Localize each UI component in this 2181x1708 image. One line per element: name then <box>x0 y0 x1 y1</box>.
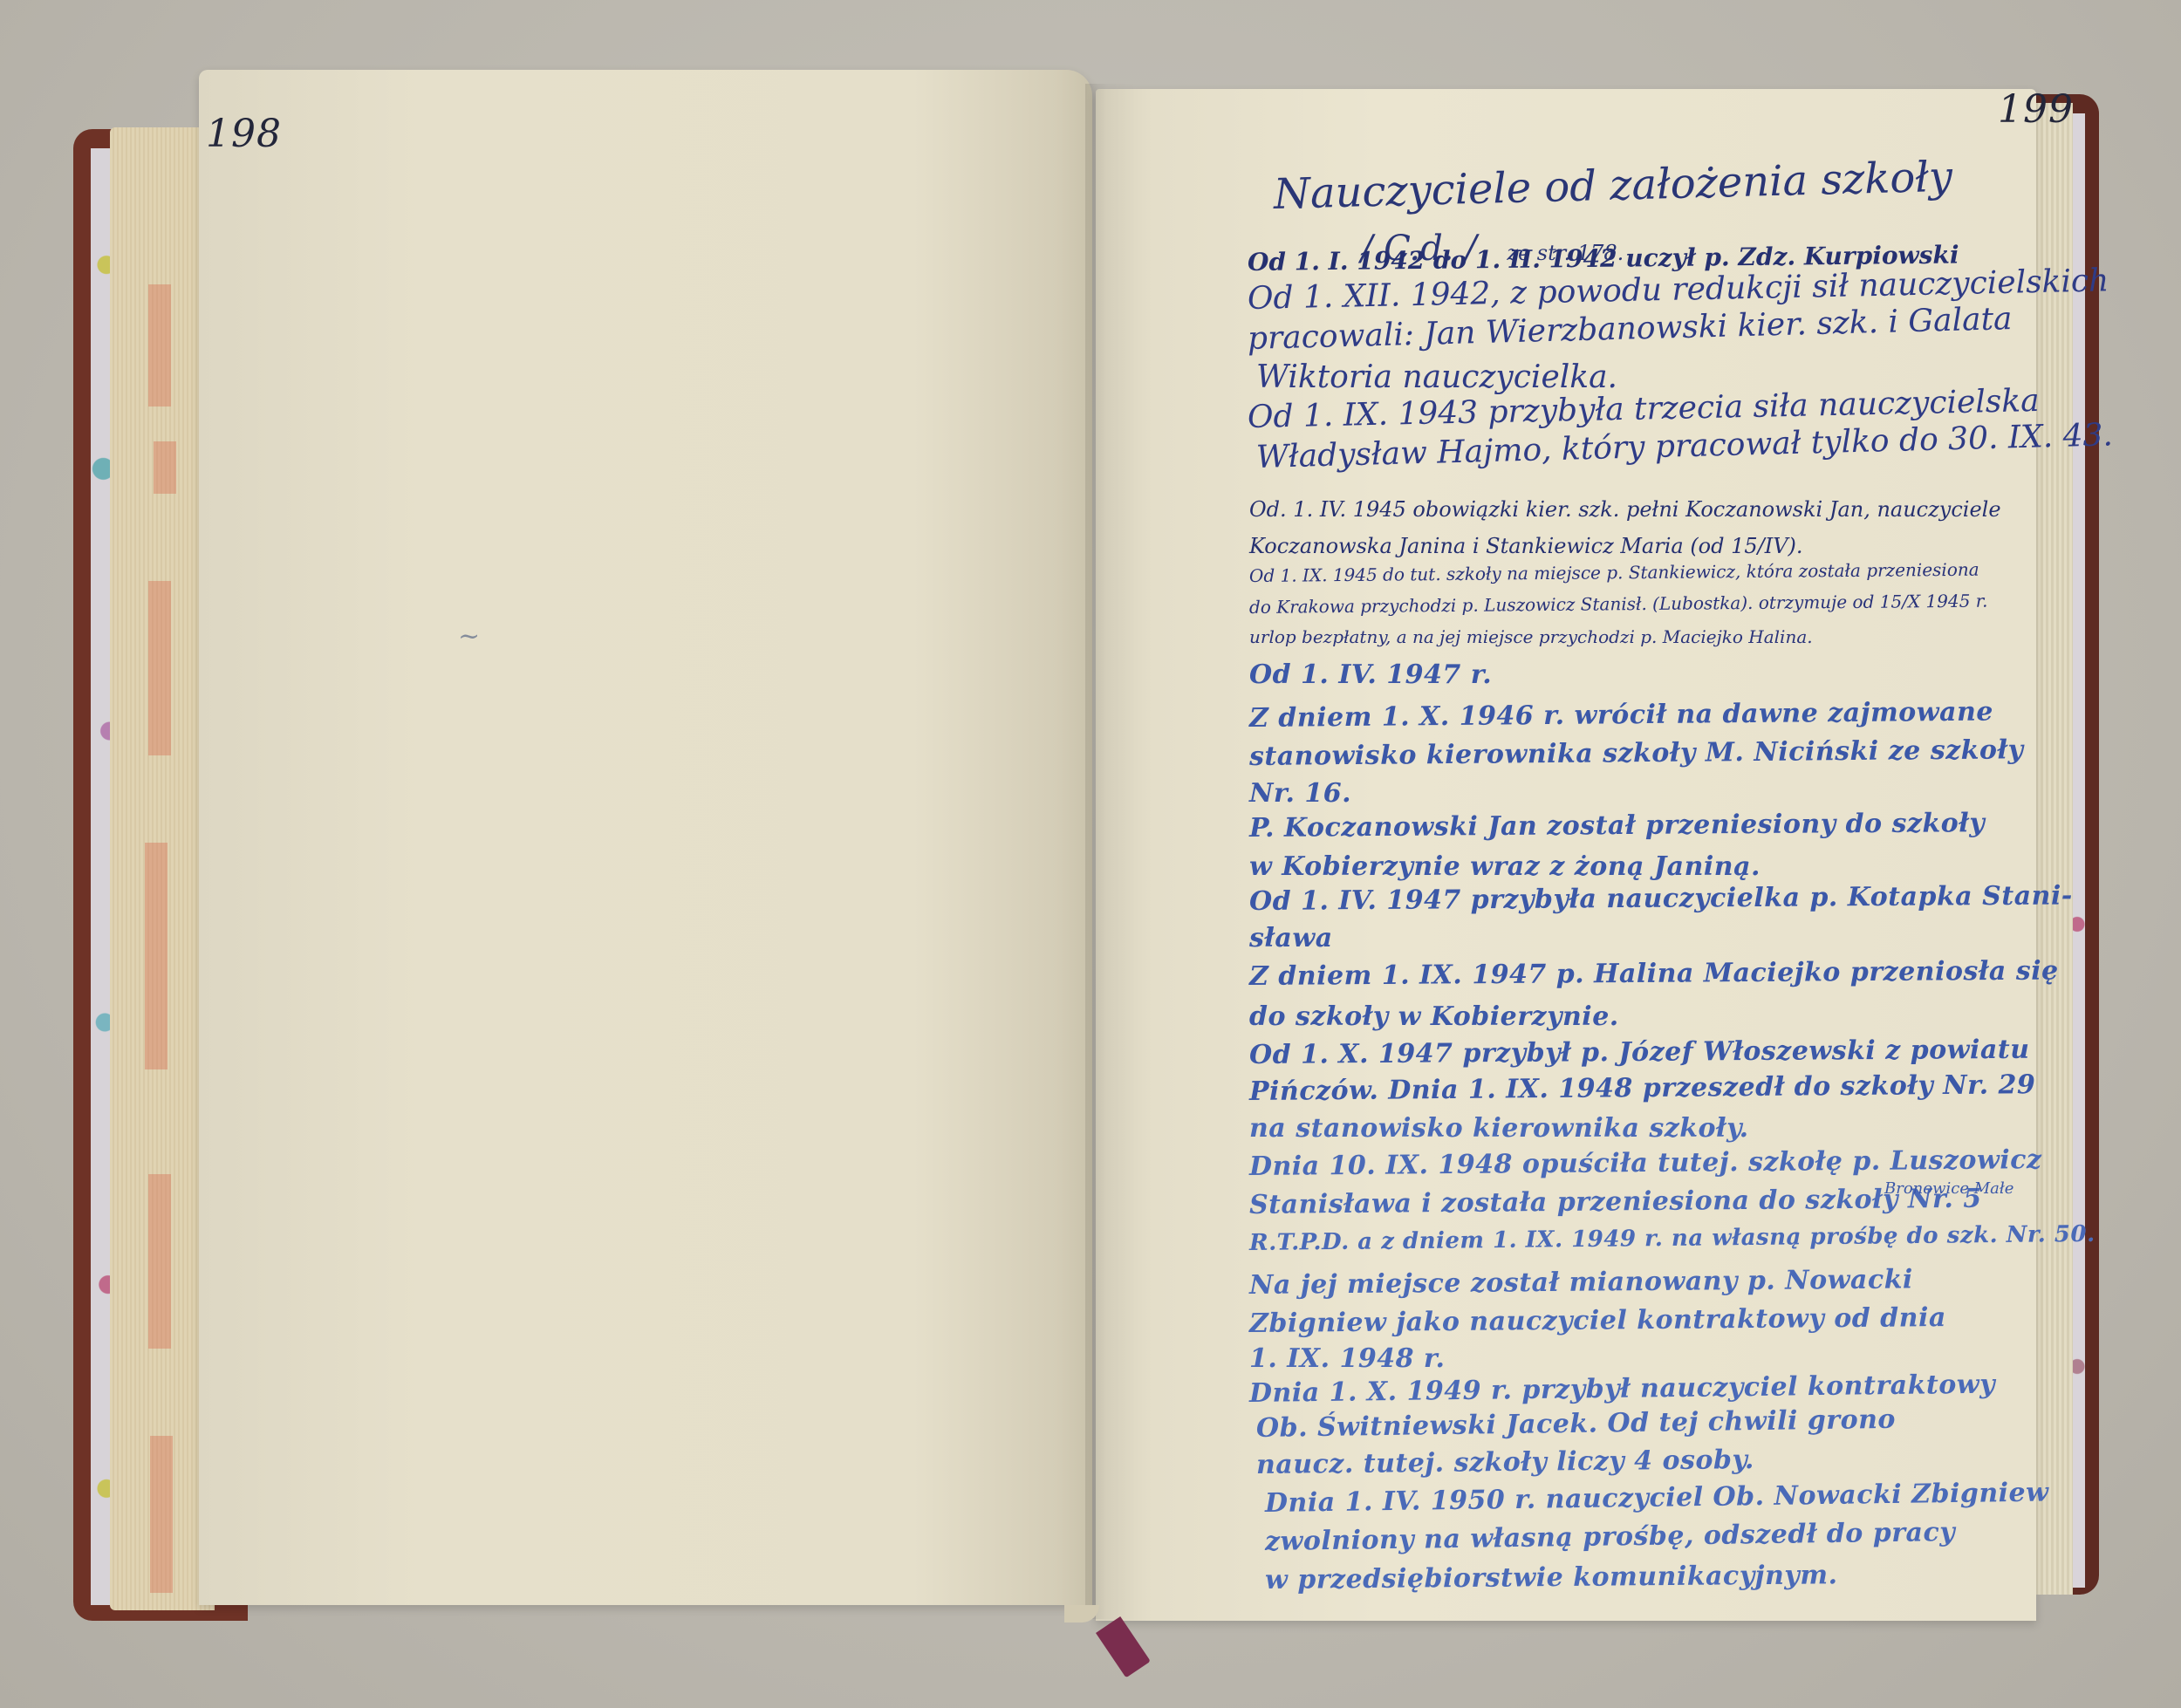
entry-line: Na jej miejsce został mianowany p. Nowac… <box>1249 1264 1913 1301</box>
entry-line: Z dniem 1. IX. 1947 p. Halina Maciejko p… <box>1249 956 2059 992</box>
entry-line: P. Koczanowski Jan został przeniesiony d… <box>1249 808 1985 844</box>
stain <box>148 284 171 407</box>
entry-line: Z dniem 1. X. 1946 r. wrócił na dawne za… <box>1249 697 1993 734</box>
stain <box>148 581 171 755</box>
stain <box>145 843 168 1069</box>
interlinear-note: Bronowice Małe <box>1884 1179 2013 1198</box>
page-block-edge-right <box>2033 103 2073 1595</box>
entry-line: Koczanowska Janina i Stankiewicz Maria (… <box>1249 534 1803 558</box>
entry-line: sława <box>1249 923 1333 953</box>
entry-line: w przedsiębiorstwie komunikacyjnym. <box>1265 1560 1838 1595</box>
entry-line: urlop bezpłatny, a na jej miejsce przych… <box>1249 626 1813 647</box>
stain <box>148 1174 171 1349</box>
ink-smudge: ~ <box>458 621 480 652</box>
entry-line: 1. IX. 1948 r. <box>1249 1343 1445 1374</box>
entry-line: naucz. tutej. szkoły liczy 4 osoby. <box>1256 1445 1754 1480</box>
entry-line: Od 1. IV. 1947 r. <box>1249 659 1492 690</box>
page-number-left: 198 <box>206 112 282 156</box>
entry-line: Nr. 16. <box>1249 778 1351 809</box>
entry-line: Zbigniew jako nauczyciel kontraktowy od … <box>1249 1302 1946 1339</box>
entry-line: Od 1. X. 1947 przybył p. Józef Włoszewsk… <box>1249 1035 2030 1070</box>
entry-line: Od. 1. IV. 1945 obowiązki kier. szk. peł… <box>1249 497 2001 522</box>
left-page <box>199 70 1092 1605</box>
stain <box>154 441 176 494</box>
entry-line: do szkoły w Kobierzynie. <box>1249 1001 1619 1032</box>
entry-line: w Kobierzynie wraz z żoną Janiną. <box>1249 851 1761 882</box>
entry-line: na stanowisko kierownika szkoły. <box>1249 1113 1749 1144</box>
entry-line: Wiktoria nauczycielka. <box>1256 359 1617 395</box>
entry-line: Od 1. IV. 1947 przybyła nauczycielka p. … <box>1249 880 2073 917</box>
stain <box>150 1436 173 1593</box>
entry-line: Stanisława i została przeniesiona do szk… <box>1249 1184 1982 1220</box>
page-number-right: 199 <box>1998 87 2074 132</box>
